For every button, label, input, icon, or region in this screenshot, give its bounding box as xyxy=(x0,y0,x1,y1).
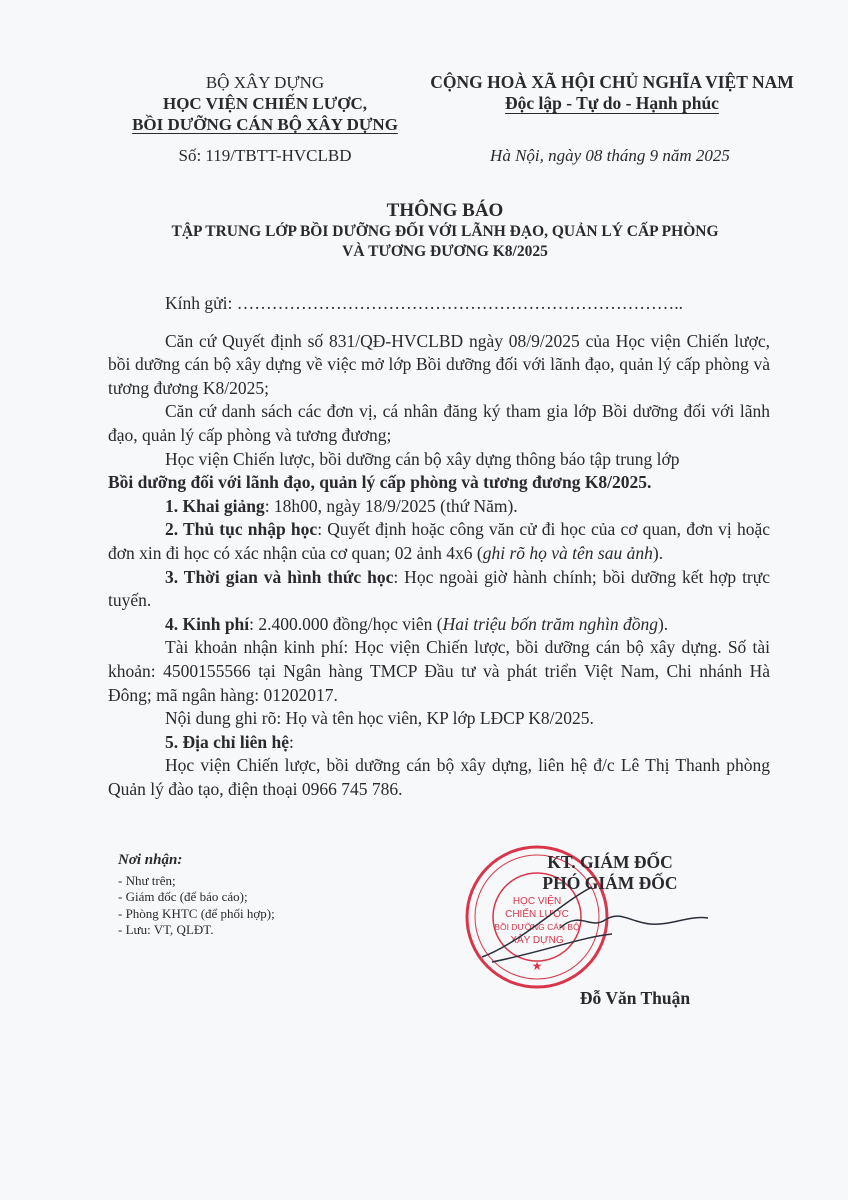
ministry-name: BỘ XÂY DỰNG xyxy=(110,72,420,93)
item-opening: 1. Khai giảng: 18h00, ngày 18/9/2025 (th… xyxy=(108,495,770,519)
basis-2: Căn cứ danh sách các đơn vị, cá nhân đăn… xyxy=(108,400,770,447)
salutation: Kính gửi: ………………………………………………………………….. xyxy=(108,292,770,316)
course-name: Bồi dưỡng đối với lãnh đạo, quản lý cấp … xyxy=(108,471,770,495)
title-main: THÔNG BÁO xyxy=(100,200,790,222)
recipient-item: - Lưu: VT, QLĐT. xyxy=(118,922,275,939)
signer-title-1: KT. GIÁM ĐỐC xyxy=(470,852,750,873)
country-name: CỘNG HOÀ XÃ HỘI CHỦ NGHĨA VIỆT NAM xyxy=(402,72,822,93)
contact-heading: 5. Địa chỉ liên hệ: xyxy=(108,731,770,755)
document-title: THÔNG BÁO TẬP TRUNG LỚP BỒI DƯỠNG ĐỐI VỚ… xyxy=(100,200,790,262)
item-fee: 4. Kinh phí: 2.400.000 đồng/học viên (Ha… xyxy=(108,613,770,637)
recipient-item: - Như trên; xyxy=(118,873,275,890)
title-sub-2: VÀ TƯƠNG ĐƯƠNG K8/2025 xyxy=(100,242,790,262)
svg-text:XÂY DỰNG: XÂY DỰNG xyxy=(510,933,564,946)
title-sub-1: TẬP TRUNG LỚP BỒI DƯỠNG ĐỐI VỚI LÃNH ĐẠO… xyxy=(100,222,790,242)
recipients: Nơi nhận: - Như trên; - Giám đốc (để báo… xyxy=(118,852,275,939)
national-motto: Độc lập - Tự do - Hạnh phúc xyxy=(402,93,822,114)
transfer-note: Nội dung ghi rõ: Họ và tên học viên, KP … xyxy=(108,707,770,731)
signer-name: Đỗ Văn Thuận xyxy=(500,988,770,1009)
signature-stroke-icon xyxy=(560,900,710,940)
document-body: Kính gửi: ………………………………………………………………….. Că… xyxy=(108,292,770,801)
item-enrollment: 2. Thủ tục nhập học: Quyết định hoặc côn… xyxy=(108,518,770,565)
recipients-heading: Nơi nhận: xyxy=(118,852,275,869)
signer-title-2: PHÓ GIÁM ĐỐC xyxy=(470,873,750,894)
item-label: 3. Thời gian và hình thức học xyxy=(165,567,393,587)
signature-block: KT. GIÁM ĐỐC PHÓ GIÁM ĐỐC xyxy=(470,852,750,894)
item-label: 4. Kinh phí xyxy=(165,614,249,634)
item-label: 1. Khai giảng xyxy=(165,496,265,516)
bank-account: Tài khoản nhận kinh phí: Học viện Chiến … xyxy=(108,636,770,707)
item-label: 2. Thủ tục nhập học xyxy=(165,519,317,539)
svg-text:★: ★ xyxy=(532,959,543,973)
item-schedule: 3. Thời gian và hình thức học: Học ngoài… xyxy=(108,566,770,613)
contact-details: Học viện Chiến lược, bồi dưỡng cán bộ xâ… xyxy=(108,754,770,801)
recipient-item: - Phòng KHTC (để phối hợp); xyxy=(118,906,275,923)
basis-1: Căn cứ Quyết định số 831/QĐ-HVCLBD ngày … xyxy=(108,330,770,401)
document-date: Hà Nội, ngày 08 tháng 9 năm 2025 xyxy=(440,146,780,166)
svg-text:HỌC VIỆN: HỌC VIỆN xyxy=(513,894,561,907)
national-header: CỘNG HOÀ XÃ HỘI CHỦ NGHĨA VIỆT NAM Độc l… xyxy=(402,72,822,114)
institute-name-1: HỌC VIỆN CHIẾN LƯỢC, xyxy=(110,93,420,114)
document-number: Số: 119/TBTT-HVCLBD xyxy=(110,145,420,166)
issuer-header: BỘ XÂY DỰNG HỌC VIỆN CHIẾN LƯỢC, BỒI DƯỠ… xyxy=(110,72,420,166)
recipient-item: - Giám đốc (để báo cáo); xyxy=(118,889,275,906)
institute-name-2: BỒI DƯỠNG CÁN BỘ XÂY DỰNG xyxy=(110,114,420,135)
intro: Học viện Chiến lược, bồi dưỡng cán bộ xâ… xyxy=(108,448,770,472)
